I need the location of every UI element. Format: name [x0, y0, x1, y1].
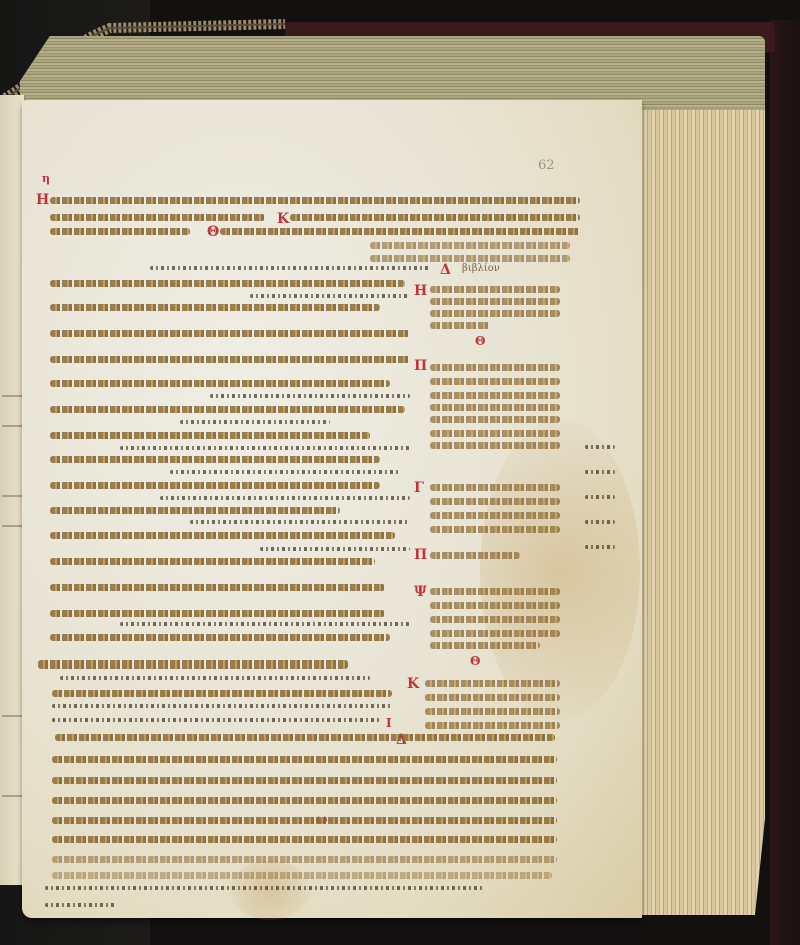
background-right-binding: [770, 20, 800, 945]
fore-edge-page-stack: [640, 110, 765, 915]
initial-theta-1: Θ: [207, 224, 219, 240]
initial-pi-2: Π: [414, 547, 427, 563]
heading-right: βιβλίον: [462, 263, 500, 274]
rubric-mark-top: η: [42, 172, 50, 185]
initial-eta-right: Η: [414, 283, 427, 299]
initial-psi: Ψ: [414, 584, 427, 600]
initial-eta-top: Η: [36, 192, 49, 208]
initial-kappa-2: Κ: [407, 676, 419, 692]
initial-delta-heading: Δ: [440, 262, 451, 278]
initial-theta-3: Θ: [470, 654, 480, 668]
folio-number: 62: [538, 158, 555, 173]
initial-kappa-1: Κ: [277, 211, 289, 227]
initial-theta-2: Θ: [475, 334, 485, 348]
initial-iota: Ι: [386, 716, 392, 730]
stain: [480, 420, 640, 720]
initial-pi-1: Π: [414, 358, 427, 374]
initial-gamma: Γ: [414, 480, 424, 496]
stain: [230, 860, 310, 920]
